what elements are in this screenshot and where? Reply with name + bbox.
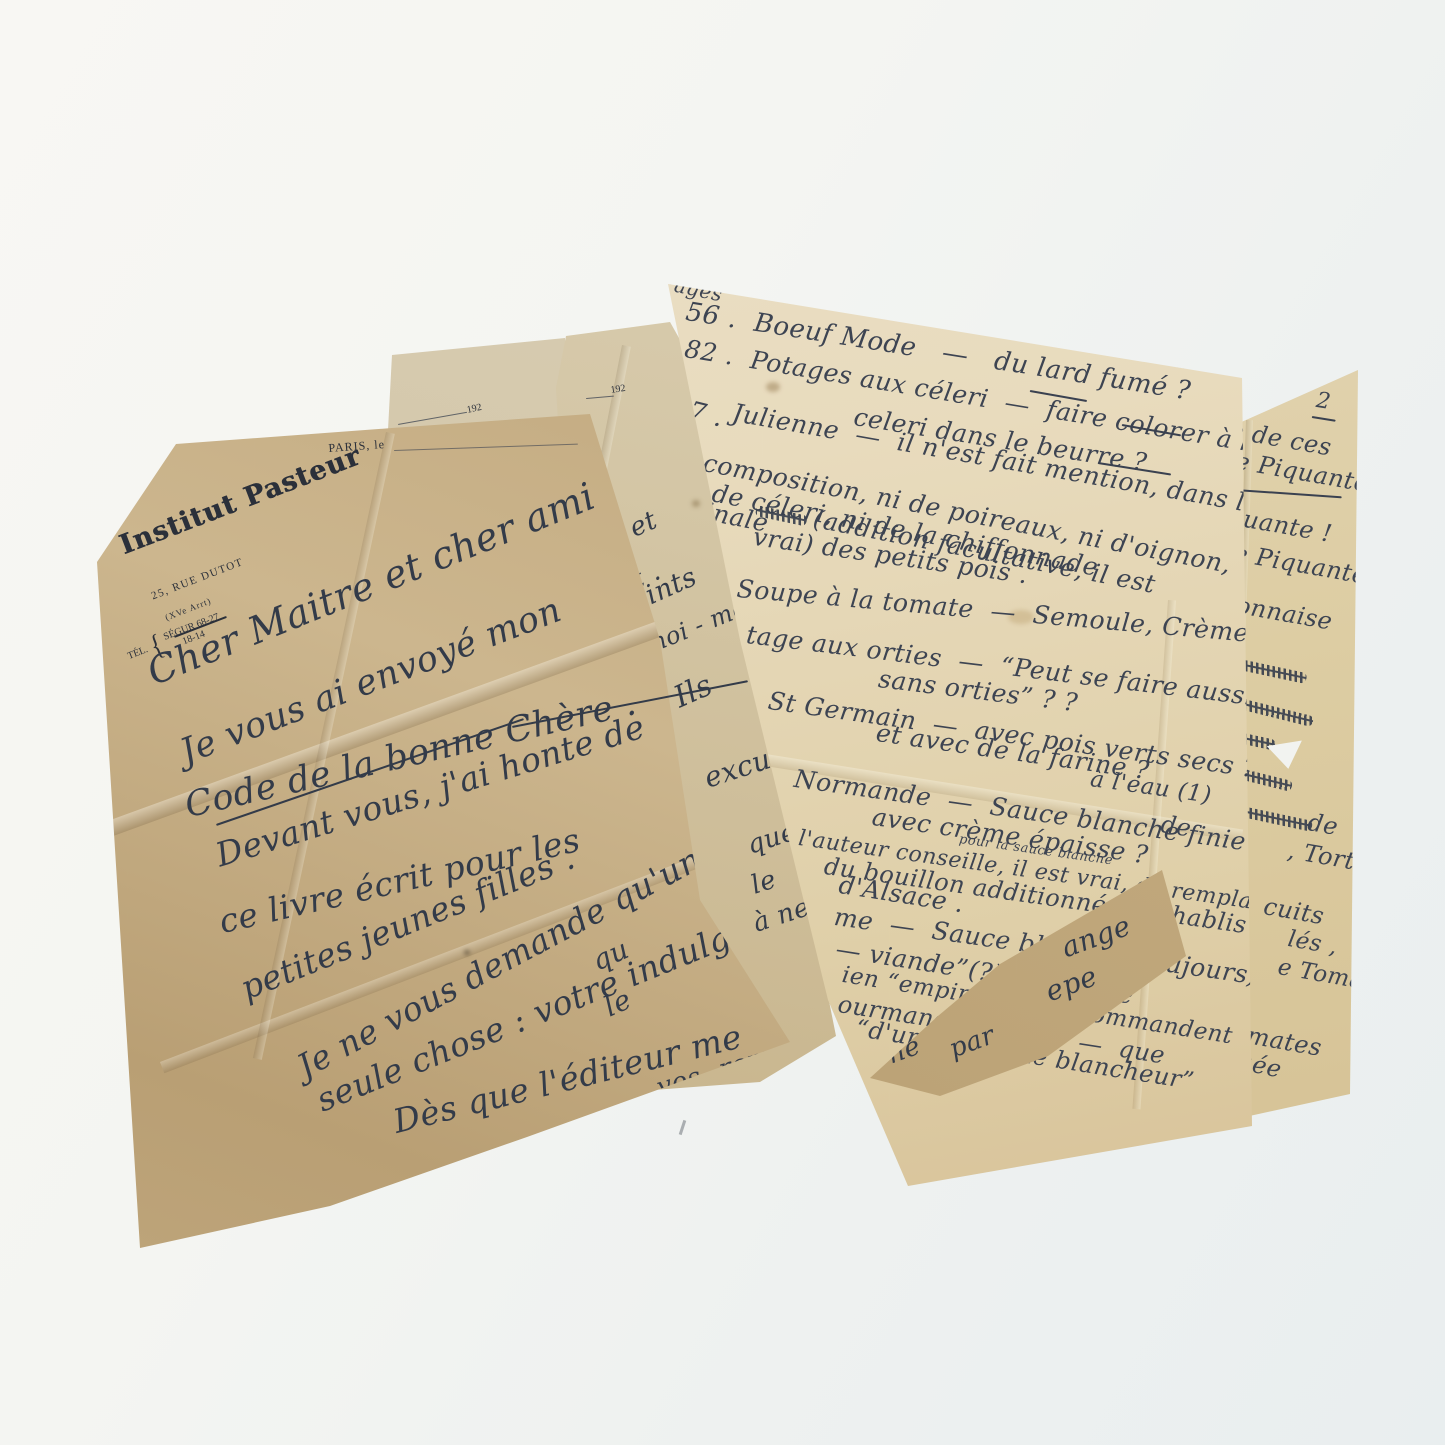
photo-of-manuscript-letters: 192 192 et t . Joints moi - même Ils exc… — [0, 0, 1445, 1445]
handwriting-fragment: à ne — [750, 894, 813, 937]
handwriting-fragment: , Torto — [1286, 838, 1372, 876]
letterhead-address: 25, RUE DUTOT — [150, 557, 245, 602]
letterhead-institution: Institut Pasteur — [116, 442, 365, 559]
paper-stain — [692, 500, 700, 507]
printed-date-rule — [394, 444, 578, 451]
printed-date-label: PARIS, le — [328, 438, 385, 454]
handwriting-fragment: lés , — [1286, 928, 1339, 959]
paper-stain — [766, 382, 780, 392]
handwriting-fragment: cuits — [1262, 894, 1326, 928]
printed-year: 192 — [610, 384, 626, 396]
handwriting-fragment: le — [748, 866, 780, 898]
page-number-underline — [1312, 416, 1336, 422]
handwriting-fragment: e Tomate — [1276, 956, 1389, 998]
paper-stain — [464, 950, 470, 955]
handwriting-fragment: epe — [1042, 962, 1101, 1006]
printed-date-rule — [586, 396, 614, 399]
stray-mark — [679, 1120, 686, 1135]
printed-date-rule — [398, 412, 467, 425]
page-number: 2 — [1315, 390, 1333, 414]
handwriting-fragment: par — [946, 1022, 998, 1062]
printed-year: 192 — [466, 403, 483, 416]
page-number-underline — [1160, 362, 1186, 368]
note-line: de — [1159, 812, 1193, 840]
page-number: 1 — [1159, 335, 1177, 359]
handwriting-fragment: de — [1306, 810, 1340, 839]
handwriting-fragment: et — [626, 507, 661, 542]
